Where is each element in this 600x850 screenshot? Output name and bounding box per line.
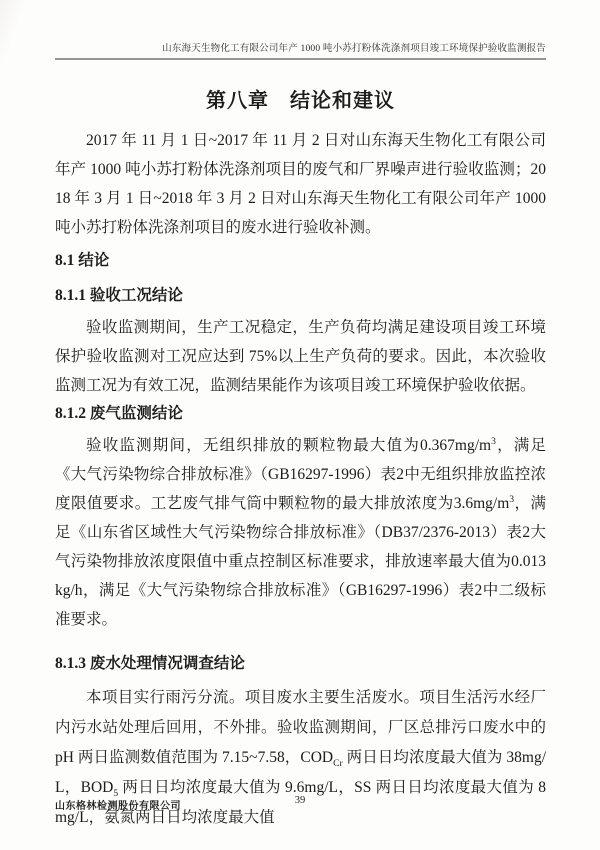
page-footer: 39 山东格林检测股份有限公司 bbox=[0, 795, 600, 815]
section-8-1-1-paragraph: 验收监测期间，生产工况稳定，生产负荷均满足建设项目竣工环境保护验收监测对工况应达… bbox=[55, 313, 546, 400]
footer-company: 山东格林检测股份有限公司 bbox=[55, 797, 181, 812]
section-8-1-2-heading: 8.1.2 废气监测结论 bbox=[55, 404, 546, 424]
header-rule bbox=[55, 58, 546, 60]
chapter-title: 第八章 结论和建议 bbox=[55, 88, 546, 114]
intro-paragraph: 2017 年 11 月 1 日~2017 年 11 月 2 日对山东海天生物化工… bbox=[55, 126, 546, 242]
section-8-1-2-paragraph: 验收监测期间，无组织排放的颗粒物最大值为0.367mg/m3，满足《大气污染物综… bbox=[55, 431, 546, 634]
header-title: 山东海天生物化工有限公司年产 1000 吨小苏打粉体洗涤剂项目竣工环境保护验收监… bbox=[55, 40, 546, 58]
section-8-1-3-heading: 8.1.3 废水处理情况调查结论 bbox=[55, 654, 546, 674]
document-page: 山东海天生物化工有限公司年产 1000 吨小苏打粉体洗涤剂项目竣工环境保护验收监… bbox=[0, 0, 600, 850]
page-content: 第八章 结论和建议 2017 年 11 月 1 日~2017 年 11 月 2 … bbox=[55, 80, 546, 833]
section-8-1-heading: 8.1 结论 bbox=[55, 251, 546, 271]
section-8-1-1-heading: 8.1.1 验收工况结论 bbox=[55, 286, 546, 306]
page-header: 山东海天生物化工有限公司年产 1000 吨小苏打粉体洗涤剂项目竣工环境保护验收监… bbox=[55, 40, 546, 60]
